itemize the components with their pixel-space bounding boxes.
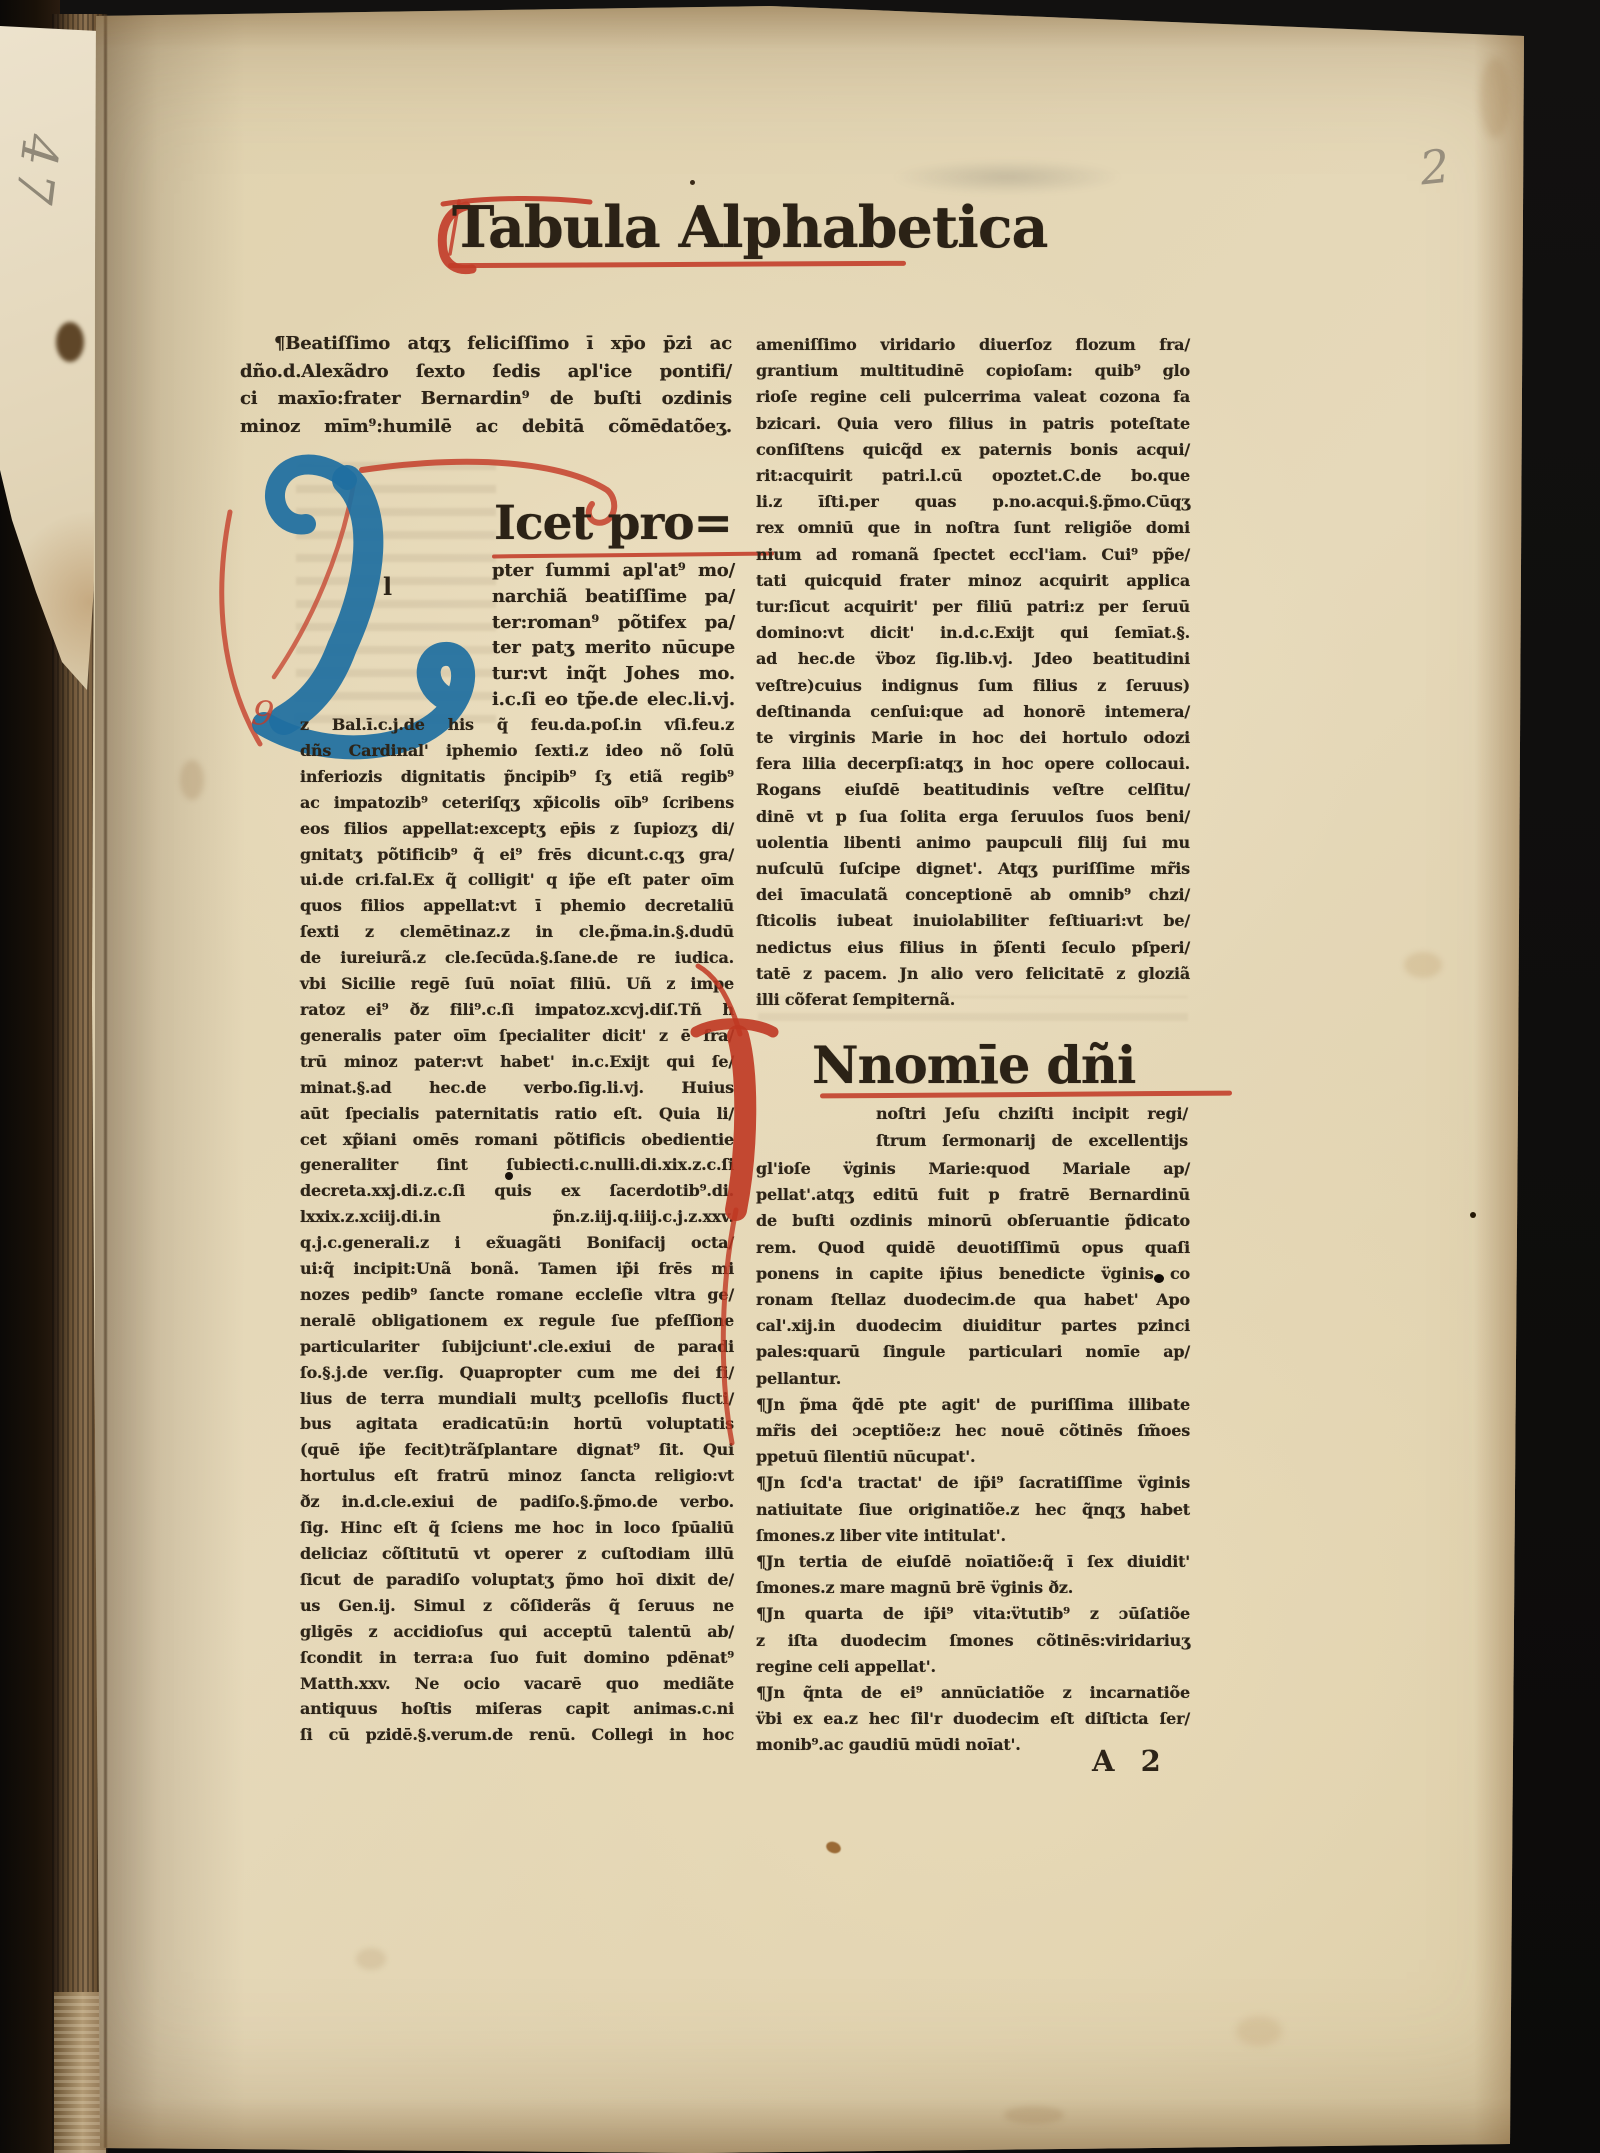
- handwritten-shelfmark: 47: [3, 131, 70, 213]
- text-line: nedictus eius filius in p̃ſenti ſeculo p…: [756, 935, 1190, 961]
- incipit-wrap-lines: noſtri Jeſu chziſti incipit regi/ſtrum ſ…: [876, 1101, 1188, 1154]
- text-line: dei īmaculatã conceptionē ab omnib⁹ chzi…: [756, 882, 1190, 908]
- text-line: domino:vt dicit' in.d.c.Exijt qui ſemīat…: [756, 620, 1190, 646]
- text-column-left: z Bal.ī.c.j.de his q̃ feu.da.poſ.in vſi.…: [300, 712, 734, 1748]
- text-line: noſtri Jeſu chziſti incipit regi/: [876, 1101, 1188, 1128]
- text-line: hortulus eſt fratrū minoz ſancta religio…: [300, 1463, 734, 1489]
- text-line: tur:ſicut acquirit' per filiū patri:z pe…: [756, 594, 1190, 620]
- text-line: ¶Beatiſſimo atqʒ feliciſſimo ī xp̄o p̄zi…: [240, 330, 732, 358]
- text-line: minat.§.ad hec.de verbo.ſig.li.vj. Huius: [300, 1075, 734, 1101]
- wormhole: [505, 1172, 513, 1180]
- text-line: nozes pedib⁹ ſancte romane eccleſie vltr…: [300, 1282, 734, 1308]
- text-line: bzicari. Quia vero filius in patris pote…: [756, 411, 1190, 437]
- text-line: te virginis Marie in hoc dei hortulo odo…: [756, 725, 1190, 751]
- text-line: ſticolis iubeat inuiolabiliter feſtiuari…: [756, 908, 1190, 934]
- text-line: ſmones.z liber vite intitulat'.: [756, 1523, 1190, 1549]
- text-line: rem. Quod quidē deuotiſſimū opus quaſi: [756, 1235, 1190, 1261]
- text-line: us Gen.ij. Simul z cõſiderãs q̃ ſeruus n…: [300, 1593, 734, 1619]
- text-line: de iureiurã.z cle.ſecūda.§.ſane.de re iu…: [300, 945, 734, 971]
- text-line: ſig. Hinc eſt q̃ ſciens me hoc in loco ſ…: [300, 1515, 734, 1541]
- text-line: rex omniū que in noſtra ſunt religiõe do…: [756, 515, 1190, 541]
- text-line: gl'ioſe v̈ginis Marie:quod Mariale ap/: [756, 1156, 1190, 1182]
- text-line: lxxix.z.xciij.di.in p̃n.z.iij.q.iiij.c.j…: [300, 1204, 734, 1230]
- text-line: dinē vt p ſua ſolita erga ſeruulos ſuos …: [756, 804, 1190, 830]
- text-line: ſo.§.j.de ver.ſig. Quapropter cum me dei…: [300, 1360, 734, 1386]
- text-line: ac impatozib⁹ ceteriſqʒ xp̃icolis oīb⁹ ſ…: [300, 790, 734, 816]
- text-line: grantium multitudinē copioſam: quib⁹ glo: [756, 358, 1190, 384]
- text-line: inferiozis dignitatis p̃ncipib⁹ ſʒ etiã …: [300, 764, 734, 790]
- quire-signature: A 2: [1092, 1744, 1169, 1778]
- text-line: rioſe regine celi pulcerrima valeat cozo…: [756, 384, 1190, 410]
- text-line: rit:acquirit patri.l.cū opoztet.C.de bo.…: [756, 463, 1190, 489]
- text-line: mr̃is dei ɔceptiõe:z hec nouē cõtinēs ſm…: [756, 1418, 1190, 1444]
- text-line: ¶Jn q̃nta de ei⁹ annūciatiõe z incarnati…: [756, 1680, 1190, 1706]
- foxing-spot: [1004, 2106, 1064, 2124]
- text-line: ſtrum ſermonarij de excellentijs: [876, 1128, 1188, 1155]
- text-line: ſicut de paradiſo voluptatʒ p̃mo hoī dix…: [300, 1567, 734, 1593]
- text-line: cal'.xij.in duodecim diuiditur partes pz…: [756, 1313, 1190, 1339]
- text-line: aūt ſpecialis paternitatis ratio eſt. Qu…: [300, 1101, 734, 1127]
- incipit-right-large-text: Nnomīe dñi: [812, 1036, 1135, 1096]
- text-line: z iſta duodecim ſmones cõtinēs:viridariu…: [756, 1628, 1190, 1654]
- text-line: ui.de cri.fal.Ex q̃ colligit' q ip̃e eſt…: [300, 867, 734, 893]
- text-column-right-lower: gl'ioſe v̈ginis Marie:quod Mariale ap/pe…: [756, 1156, 1190, 1759]
- text-line: ameniſſimo viridario diuerſoz flozum fra…: [756, 332, 1190, 358]
- text-line: pellat'.atqʒ editū fuit p fratrē Bernard…: [756, 1182, 1190, 1208]
- text-line: narchiã beatiſſime pa/: [492, 584, 735, 610]
- text-line: cet xp̃iani omēs romani põtificis obedie…: [300, 1127, 734, 1153]
- text-line: tati quicquid frater minoz acquirit appl…: [756, 568, 1190, 594]
- text-line: ſexti z clemētinaz.z in cle.p̃ma.in.§.du…: [300, 919, 734, 945]
- foxing-spot: [1480, 58, 1510, 138]
- text-line: v̈bi ex ea.z hec ſil'r duodecim eſt diſt…: [756, 1706, 1190, 1732]
- text-line: dño.d.Alexãdro ſexto ſedis apl'ice ponti…: [240, 358, 732, 386]
- text-line: ðz in.d.cle.exiui de padiſo.§.p̃mo.de ve…: [300, 1489, 734, 1515]
- text-line: pter ſummi apl'at⁹ mo/: [492, 558, 735, 584]
- text-line: tatē z pacem. Jn alio vero felicitatē z …: [756, 961, 1190, 987]
- foxing-spot: [1236, 2016, 1282, 2046]
- text-line: gligēs z accidioſus qui acceptū talentū …: [300, 1619, 734, 1645]
- text-line: ¶Jn quarta de ip̃i⁹ vita:v̈tutib⁹ z ɔūſa…: [756, 1601, 1190, 1627]
- foxing-spot: [356, 1948, 386, 1970]
- text-line: ui:q̃ incipit:Unã bonã. Tamen ip̃i frēs …: [300, 1256, 734, 1282]
- text-line: bus agitata eradicatū:in hortū voluptati…: [300, 1411, 734, 1437]
- speck: [690, 180, 695, 185]
- text-column-right-upper: ameniſſimo viridario diuerſoz flozum fra…: [756, 332, 1190, 1013]
- text-line: gnitatʒ põtificib⁹ q̃ ei⁹ frēs dicunt.c.…: [300, 842, 734, 868]
- text-line: trū minoz pater:vt habet' in.c.Exijt qui…: [300, 1049, 734, 1075]
- text-line: natiuitate ſiue originatiõe.z hec q̃nqʒ …: [756, 1497, 1190, 1523]
- text-line: ¶Jn ſcd'a tractat' de ip̃i⁹ ſacratiſſime…: [756, 1470, 1190, 1496]
- guide-letter: l: [383, 572, 392, 601]
- text-line: nium ad romanã ſpectet eccl'iam. Cui⁹ pp…: [756, 542, 1190, 568]
- text-line: vbi Sicilie regē ſuū noīat filiū. Uñ z i…: [300, 971, 734, 997]
- text-line: li.z īſti.per quas p.no.acqui.§.p̃mo.Cūq…: [756, 489, 1190, 515]
- text-line: veſtre)cuius indignus ſum filius z ſeruu…: [756, 673, 1190, 699]
- text-line: ronam ſtellaz duodecim.de qua habet' Apo: [756, 1287, 1190, 1313]
- folio-number: 2: [1417, 139, 1452, 196]
- text-line: ſcondit in terra:a ſuo fuit domino pdēna…: [300, 1645, 734, 1671]
- text-line: regine celi appellat'.: [756, 1654, 1190, 1680]
- text-line: particulariter ſubijciunt'.cle.exiui de …: [300, 1334, 734, 1360]
- text-line: eos filios appellat:exceptʒ ep̄is z ſupi…: [300, 816, 734, 842]
- page-title: Tabula Alphabetica: [452, 194, 1047, 261]
- book-page: Tabula Alphabetica 2 ¶Beatiſſimo atqʒ fe…: [0, 0, 1600, 2153]
- text-line: i.c.ſi eo tp̃e.de elec.li.vj.: [492, 687, 735, 713]
- text-line: Rogans eiuſdē beatitudinis veſtre celſit…: [756, 777, 1190, 803]
- text-line: ci maxīo:frater Bernardin⁹ de buſti ozdi…: [240, 385, 732, 413]
- text-line: pales:quarū ſingule particulari nomīe ap…: [756, 1339, 1190, 1365]
- text-line: (quē ip̃e fecit)trãſplantare dignat⁹ ſit…: [300, 1437, 734, 1463]
- text-line: uolentia libenti animo paupculi filij ſu…: [756, 830, 1190, 856]
- text-line: tur:vt inq̃t Johes mo.: [492, 661, 735, 687]
- foxing-spot: [180, 760, 204, 800]
- text-line: ad hec.de v̈boz ſig.lib.vj. Jdeo beatitu…: [756, 646, 1190, 672]
- text-line: ¶Jn p̃ma q̃dē pte agit' de puriſſima ill…: [756, 1392, 1190, 1418]
- text-line: pellantur.: [756, 1366, 1190, 1392]
- text-line: ter:roman⁹ põtifex pa/: [492, 610, 735, 636]
- text-line: Matth.xxv. Ne ocio vacarē quo mediãte: [300, 1671, 734, 1697]
- text-line: ſmones.z mare magnū brē v̈ginis ðz.: [756, 1575, 1190, 1601]
- text-line: nuſculū ſuſcipe dignet'. Atqʒ puriſſime …: [756, 856, 1190, 882]
- text-line: ter patʒ merito nūcupe: [492, 635, 735, 661]
- text-line: dñs Cardinal' iphemio ſexti.z ideo nõ ſo…: [300, 738, 734, 764]
- text-line: de buſti ozdinis minorū obſeruantie p̃di…: [756, 1208, 1190, 1234]
- incipit-left-large-text: Icet pro=: [494, 496, 732, 551]
- text-line: q.j.c.generali.z i ex̃uagãti Bonifacij o…: [300, 1230, 734, 1256]
- text-line: ponens in capite ip̃ius benedicte v̈gini…: [756, 1261, 1190, 1287]
- text-line: generalis pater oīm ſpecialiter dicit' z…: [300, 1023, 734, 1049]
- wormhole: [1154, 1274, 1164, 1283]
- page-vignette: [0, 0, 1600, 2153]
- text-line: decreta.xxj.di.z.c.ſi quis ex ſacerdotib…: [300, 1178, 734, 1204]
- text-line: quos filios appellat:vt ī phemio decreta…: [300, 893, 734, 919]
- text-line: minoz mīm⁹:humilē ac debitā cõmēdatõeʒ.: [240, 413, 732, 441]
- text-line: ſi cū pzidē.§.verum.de renū. Collegi in …: [300, 1722, 734, 1748]
- edge-stain: [56, 322, 84, 362]
- page-stack-edge-bottom: [54, 1992, 106, 2153]
- photo-backdrop: 47 Tabula Alphabetica 2 ¶Beatiſſimo atqʒ…: [0, 0, 1600, 2153]
- text-line: antiquus hoſtis miſeras capit animas.c.n…: [300, 1696, 734, 1722]
- foxing-spot: [1404, 952, 1442, 978]
- text-line: deliciaz cõſtitutū vt operer z cuſtodiam…: [300, 1541, 734, 1567]
- dedication-paragraph: ¶Beatiſſimo atqʒ feliciſſimo ī xp̄o p̄zi…: [240, 330, 732, 440]
- text-line: deſtinanda cenſui:que ad honorē intemera…: [756, 699, 1190, 725]
- text-line: illi cõferat ſempiternã.: [756, 987, 1190, 1013]
- text-line: fera lilia decerpſi:atqʒ in hoc opere co…: [756, 751, 1190, 777]
- text-line: ¶Jn tertia de eiuſdē noīatiõe:q̃ ī ſex d…: [756, 1549, 1190, 1575]
- text-line: ratoz ei⁹ ðz fili⁹.c.ſi impatoz.xcvj.diſ…: [300, 997, 734, 1023]
- text-line: z Bal.ī.c.j.de his q̃ feu.da.poſ.in vſi.…: [300, 712, 734, 738]
- text-line: neralē obligationem ex regule ſue pfeſſi…: [300, 1308, 734, 1334]
- speck: [1470, 1212, 1476, 1218]
- text-line: lius de terra mundiali multʒ pcelloſis f…: [300, 1386, 734, 1412]
- text-line: ppetuū ſilentiū nūcupat'.: [756, 1444, 1190, 1470]
- initial-wrap-lines: pter ſummi apl'at⁹ mo/narchiã beatiſſime…: [492, 558, 735, 713]
- text-line: conſiſtens quicq̃d ex paternis bonis acq…: [756, 437, 1190, 463]
- text-line: generaliter ſint ſubiecti.c.nulli.di.xix…: [300, 1152, 734, 1178]
